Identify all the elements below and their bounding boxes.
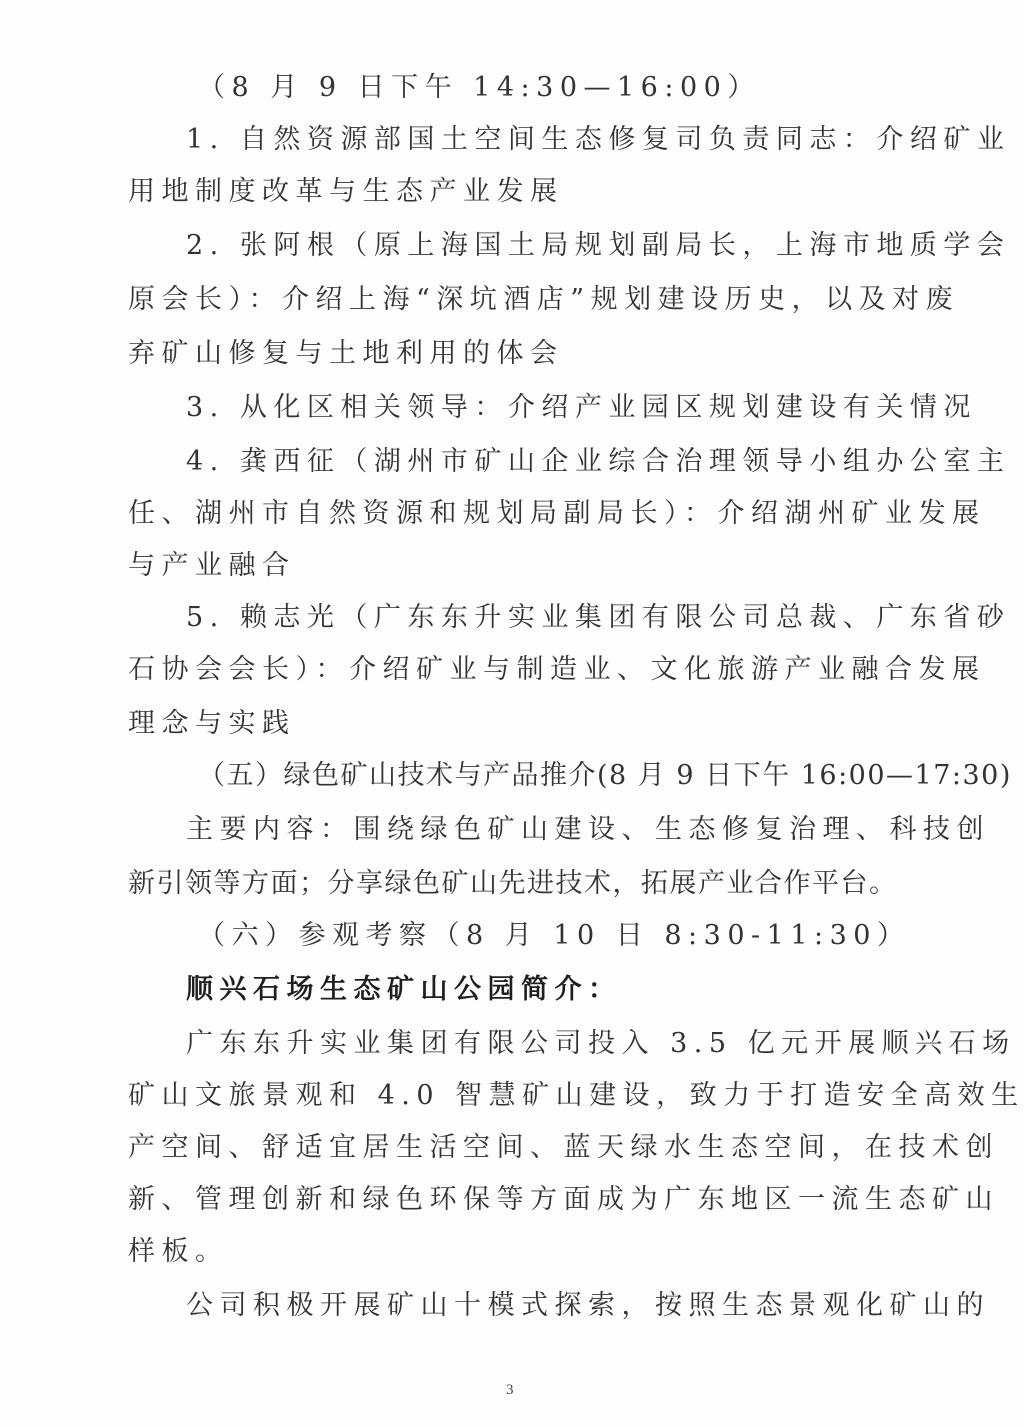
speaker-item-1: 1. 自然资源部国土空间生态修复司负责同志：介绍矿业 [186, 122, 1010, 158]
speaker-item-5-cont2: 理念与实践 [128, 706, 296, 742]
document-page: （8 月 9 日下午 14:30—16:00） 1. 自然资源部国土空间生态修复… [0, 0, 1024, 1426]
speaker-item-4: 4. 龚西征（湖州市矿山企业综合治理领导小组办公室主 [186, 444, 1010, 480]
section-five-heading: （五）绿色矿山技术与产品推介(8 月 9 日下午 16:00—17:30) [198, 758, 1012, 794]
park-intro-para-1-cont3: 新、管理创新和绿色环保等方面成为广东地区一流生态矿山 [128, 1182, 999, 1218]
speaker-item-4-cont: 任、湖州市自然资源和规划局副局长）：介绍湖州矿业发展 [128, 496, 986, 532]
section-five-content-cont: 新引领等方面；分享绿色矿山先进技术，拓展产业合作平台。 [128, 866, 898, 902]
speaker-item-5: 5. 赖志光（广东东升实业集团有限公司总裁、广东省砂 [186, 600, 1010, 636]
speaker-item-4-cont2: 与产业融合 [128, 548, 296, 584]
speaker-item-5-cont: 石协会会长）：介绍矿业与制造业、文化旅游产业融合发展 [128, 652, 986, 688]
park-intro-para-2: 公司积极开展矿山十模式探索，按照生态景观化矿山的 [186, 1288, 990, 1324]
park-intro-para-1: 广东东升实业集团有限公司投入 3.5 亿元开展顺兴石场 [186, 1026, 1016, 1062]
park-intro-para-1-cont: 矿山文旅景观和 4.0 智慧矿山建设，致力于打造安全高效生 [128, 1078, 1024, 1114]
speaker-item-2-cont2: 弃矿山修复与土地利用的体会 [128, 336, 564, 372]
section-six-heading: （六）参观考察（8 月 10 日 8:30-11:30） [198, 918, 910, 954]
speaker-item-2: 2. 张阿根（原上海国土局规划副局长，上海市地质学会 [186, 228, 1010, 264]
speaker-item-1-cont: 用地制度改革与生态产业发展 [128, 174, 564, 210]
park-intro-title: 顺兴石场生态矿山公园简介： [186, 972, 622, 1008]
speaker-item-3: 3. 从化区相关领导：介绍产业园区规划建设有关情况 [186, 390, 977, 426]
section-five-content: 主要内容：围绕绿色矿山建设、生态修复治理、科技创 [186, 812, 990, 848]
page-number: 3 [506, 1382, 514, 1399]
session-time-heading: （8 月 9 日下午 14:30—16:00） [198, 70, 761, 106]
park-intro-para-1-cont2: 产空间、舒适宜居生活空间、蓝天绿水生态空间，在技术创 [128, 1130, 999, 1166]
speaker-item-2-cont: 原会长）：介绍上海“深坑酒店”规划建设历史，以及对废 [128, 282, 959, 318]
park-intro-para-1-cont4: 样板。 [128, 1234, 229, 1270]
